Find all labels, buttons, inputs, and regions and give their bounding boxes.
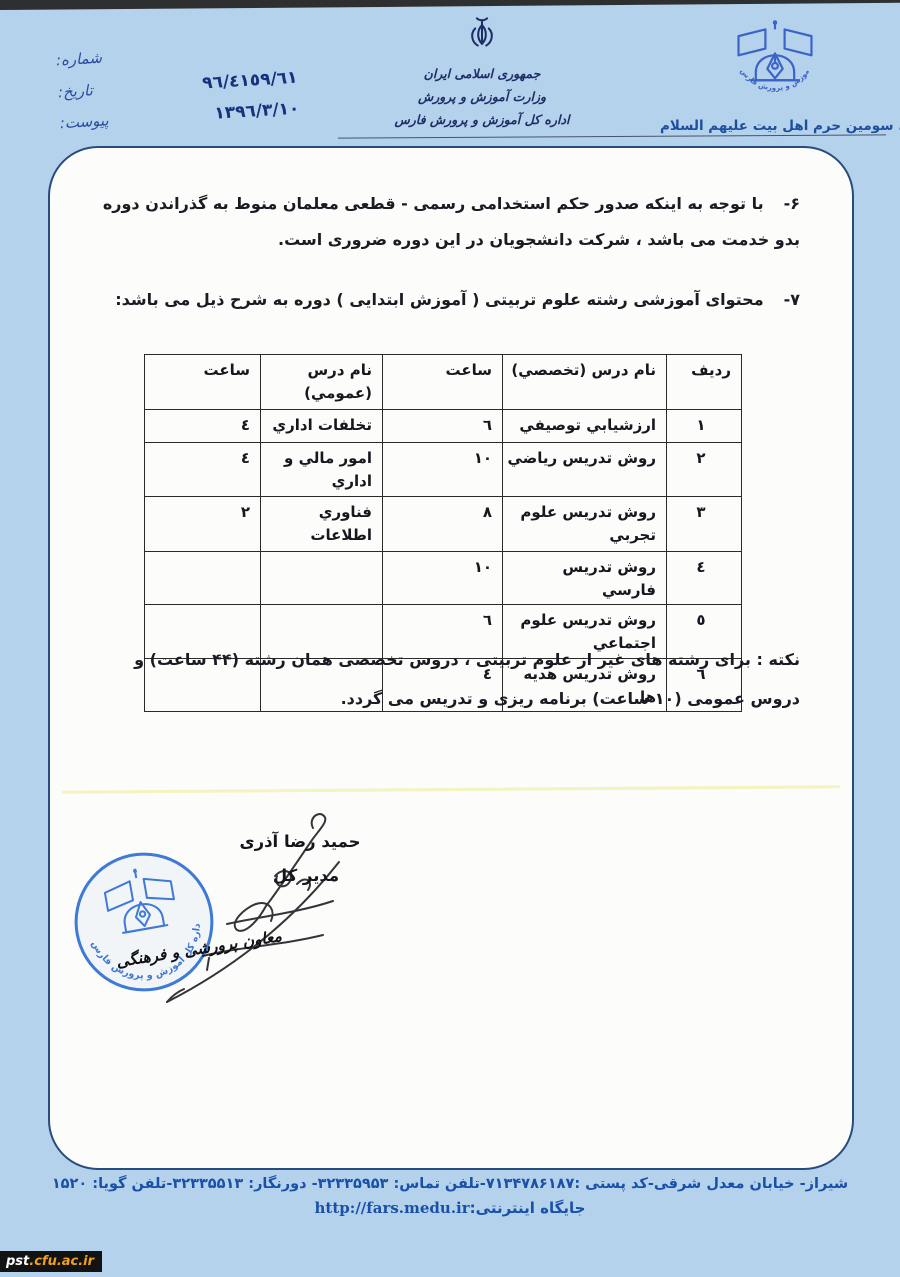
highlighter-artifact: [62, 785, 840, 793]
header-country: جمهوری اسلامی ایران: [382, 62, 582, 85]
special-course: ارزشيابي توصيفي: [503, 410, 667, 443]
general-hours: ٤: [145, 410, 261, 443]
general-course: [261, 551, 383, 605]
row-number: ٢: [667, 443, 742, 497]
item-7-number: ۷-: [784, 290, 800, 309]
letter-footer: شیراز- خیابان معدل شرقی-کد پستی :۷۱۳۴۷۸۶…: [0, 1176, 900, 1217]
note-paragraph: نکته : برای رشته های غیر از علوم تربیتی …: [100, 640, 800, 718]
general-course: امور مالي و اداري: [261, 443, 383, 497]
shiraz-motto: شیراز، سومین حرم اهل بیت علیهم السلام: [660, 118, 890, 134]
general-course: تخلفات اداري: [261, 410, 383, 443]
general-course: فناوري اطلاعات: [261, 496, 383, 551]
header-ministry: وزارت آموزش و پرورش: [382, 85, 582, 108]
special-hours: ١٠: [383, 443, 503, 497]
footer-website-label: جایگاه اینترنتی:: [470, 1199, 586, 1217]
row-number: ١: [667, 410, 742, 443]
letter-attachment-label: پیوست:: [59, 111, 109, 132]
fars-education-logo-icon: اداره کل آموزش و پرورش فارس: [727, 14, 823, 112]
special-course: روش تدريس رياضي: [503, 443, 667, 497]
watermark-prefix: pst: [6, 1254, 29, 1269]
table-row: ٢ روش تدريس رياضي ١٠ امور مالي و اداري ٤: [145, 443, 742, 497]
ministry-header: جمهوری اسلامی ایران وزارت آموزش و پرورش …: [382, 16, 582, 131]
general-hours: [145, 551, 261, 605]
col-header-special-hours: ساعت: [383, 355, 503, 410]
paragraph-item-7: ۷-محتوای آموزشی رشته علوم تربیتی ( آموزش…: [100, 282, 800, 318]
letter-frame: ۶-با توجه به اینکه صدور حکم استخدامی رسم…: [48, 146, 854, 1170]
row-number: ٤: [667, 551, 742, 605]
special-hours: ١٠: [383, 551, 503, 605]
header-department: اداره کل آموزش و پرورش فارس: [382, 108, 582, 131]
special-course: روش تدريس علوم تجربي: [503, 496, 667, 551]
item-6-number: ۶-: [784, 194, 800, 213]
special-hours: ٦: [383, 410, 503, 443]
col-header-special-course: نام درس (تخصصي): [503, 355, 667, 410]
header-divider: [338, 134, 886, 138]
footer-website-url: http://fars.medu.ir: [315, 1199, 470, 1217]
table-header-row: ردیف نام درس (تخصصي) ساعت نام درس (عمومي…: [145, 355, 742, 410]
row-number: ٣: [667, 496, 742, 551]
col-header-general-hours: ساعت: [145, 355, 261, 410]
general-hours: ٤: [145, 443, 261, 497]
letter-attachment-value: ١٣٩٦/٣/١٠: [214, 99, 300, 124]
handwritten-signature: [105, 804, 435, 1024]
table-row: ٤ روش تدريس فارسي ١٠: [145, 551, 742, 605]
letter-number-label: شماره:: [55, 49, 102, 70]
footer-website-line: جایگاه اینترنتی:http://fars.medu.ir: [0, 1199, 900, 1217]
footer-address-line: شیراز- خیابان معدل شرقی-کد پستی :۷۱۳۴۷۸۶…: [0, 1176, 900, 1192]
general-hours: ٢: [145, 496, 261, 551]
site-watermark: pst .cfu.ac.ir: [0, 1251, 102, 1272]
iran-emblem-icon: [465, 16, 499, 58]
special-course: روش تدريس فارسي: [503, 551, 667, 605]
fars-education-block: اداره کل آموزش و پرورش فارس شیراز، سومین…: [660, 14, 890, 134]
item-7-text: محتوای آموزشی رشته علوم تربیتی ( آموزش ا…: [115, 290, 763, 309]
table-row: ١ ارزشيابي توصيفي ٦ تخلفات اداري ٤: [145, 410, 742, 443]
letter-meta: شماره: ٩٦/٤١٥٩/٦١ تاریخ: ١٣٩٦/٣/١٠ پیوست…: [55, 37, 300, 144]
scan-edge-artifact: [0, 0, 900, 10]
paragraph-item-6: ۶-با توجه به اینکه صدور حکم استخدامی رسم…: [100, 186, 800, 258]
watermark-suffix: .cfu.ac.ir: [29, 1254, 94, 1269]
col-header-row-number: ردیف: [667, 355, 742, 410]
col-header-general-course: نام درس (عمومي): [261, 355, 383, 410]
special-hours: ٨: [383, 496, 503, 551]
table-row: ٣ روش تدريس علوم تجربي ٨ فناوري اطلاعات …: [145, 496, 742, 551]
item-6-text: با توجه به اینکه صدور حکم استخدامی رسمی …: [103, 194, 800, 249]
letter-date-label: تاریخ:: [57, 81, 93, 101]
